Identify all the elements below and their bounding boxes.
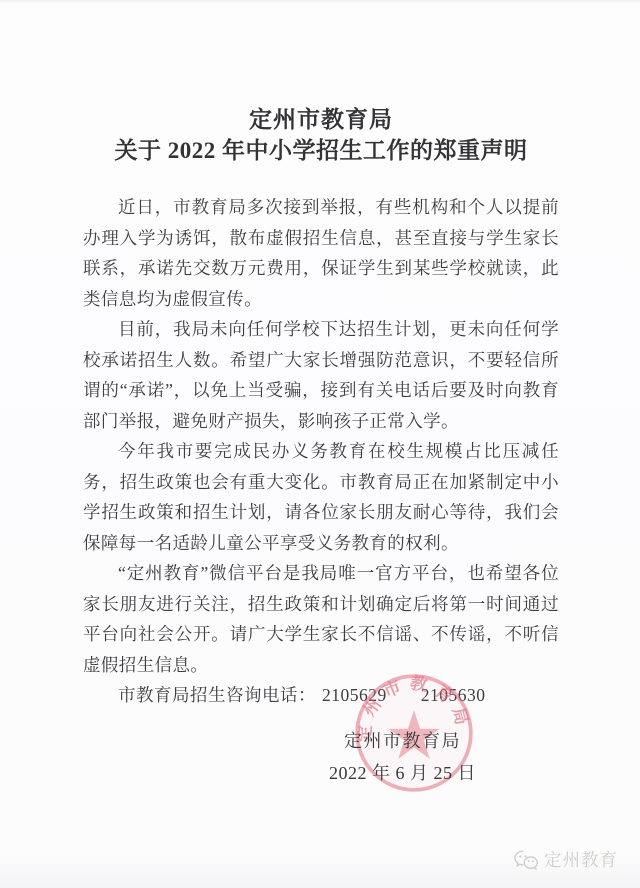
signature-date: 2022 年 6 月 25 日 — [300, 759, 505, 785]
paragraph-2: 目前，我局未向任何学校下达招生计划，更未向任何学校承诺招生人数。希望广大家长增强… — [83, 314, 559, 436]
phone-line: 市教育局招生咨询电话：21056292105630 — [83, 680, 559, 711]
doc-paragraphs: 近日，市教育局多次接到举报，有些机构和个人以提前办理入学为诱饵，散布虚假招生信息… — [83, 192, 559, 680]
phone-label: 市教育局招生咨询电话： — [118, 685, 316, 705]
wechat-icon — [513, 849, 539, 871]
document-body: 定州市教育局 关于 2022 年中小学招生工作的郑重声明 近日，市教育局多次接到… — [83, 104, 559, 711]
publisher-watermark: 定州教育 — [513, 847, 618, 872]
scanned-document-page: 定州市教育局 关于 2022 年中小学招生工作的郑重声明 近日，市教育局多次接到… — [0, 0, 640, 888]
phone-number-1: 2105629 — [322, 685, 387, 705]
doc-subtitle: 关于 2022 年中小学招生工作的郑重声明 — [83, 135, 559, 166]
paragraph-1: 近日，市教育局多次接到举报，有些机构和个人以提前办理入学为诱饵，散布虚假招生信息… — [83, 192, 559, 314]
signature-org: 定州市教育局 — [300, 727, 505, 753]
paragraph-4: “定州教育”微信平台是我局唯一官方平台，也希望各位家长朋友进行关注，招生政策和计… — [83, 558, 559, 680]
paragraph-3: 今年我市要完成民办义务教育在校生规模占比压减任务，招生政策也会有重大变化。市教育… — [83, 436, 559, 558]
watermark-label: 定州教育 — [544, 847, 618, 872]
doc-title: 定州市教育局 — [83, 104, 559, 135]
seal-star-icon — [388, 710, 439, 759]
phone-number-2: 2105630 — [421, 685, 486, 705]
